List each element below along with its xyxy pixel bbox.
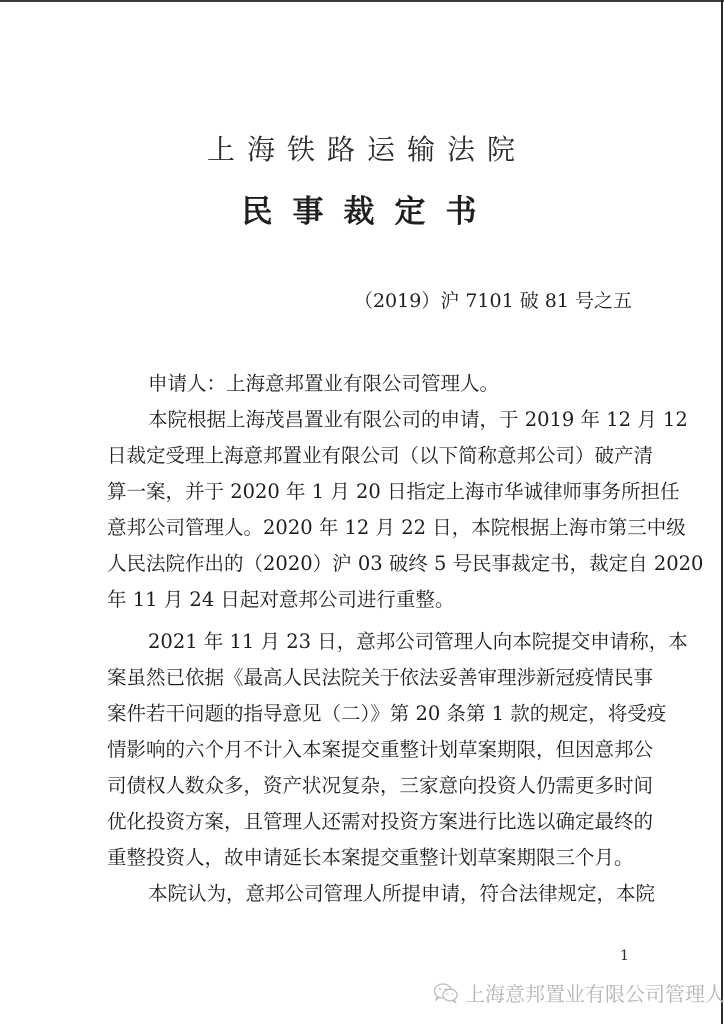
watermark: 上海意邦置业有限公司管理人 <box>433 978 724 1007</box>
text-line: 案件若干问题的指导意见（二）》第 20 条第 1 款的规定，将受疫 <box>107 696 627 732</box>
text-line: 算一案，并于 2020 年 1 月 20 日指定上海市华诚律师事务所担任 <box>107 474 627 510</box>
paragraph-application: 2021 年 11 月 23 日，意邦公司管理人向本院提交申请称，本 案虽然已依… <box>107 624 627 876</box>
text-line: 本院认为，意邦公司管理人所提申请，符合法律规定，本院 <box>107 876 627 912</box>
text-line: 申请人：上海意邦置业有限公司管理人。 <box>107 366 627 402</box>
text-line: 重整投资人，故申请延长本案提交重整计划草案期限三个月。 <box>107 840 627 876</box>
paragraph-court-opinion: 本院认为，意邦公司管理人所提申请，符合法律规定，本院 <box>107 876 627 912</box>
paragraph-background: 本院根据上海茂昌置业有限公司的申请，于 2019 年 12 月 12 日裁定受理… <box>107 402 627 618</box>
wechat-icon <box>433 982 459 1004</box>
text-line: 日裁定受理上海意邦置业有限公司（以下简称意邦公司）破产清 <box>107 438 627 474</box>
text-line: 情影响的六个月不计入本案提交重整计划草案期限，但因意邦公 <box>107 732 627 768</box>
text-line: 优化投资方案，且管理人还需对投资方案进行比选以确定最终的 <box>107 804 627 840</box>
paragraph-applicant: 申请人：上海意邦置业有限公司管理人。 <box>107 366 627 402</box>
document-title: 民事裁定书 <box>0 186 724 231</box>
watermark-text: 上海意邦置业有限公司管理人 <box>465 978 724 1007</box>
text-line: 司债权人数众多，资产状况复杂，三家意向投资人仍需更多时间 <box>107 768 627 804</box>
text-line: 案虽然已依据《最高人民法院关于依法妥善审理涉新冠疫情民事 <box>107 660 627 696</box>
document-body: 申请人：上海意邦置业有限公司管理人。 本院根据上海茂昌置业有限公司的申请，于 2… <box>107 366 627 912</box>
text-line: 意邦公司管理人。2020 年 12 月 22 日，本院根据上海市第三中级 <box>107 510 627 546</box>
court-name: 上海铁路运输法院 <box>0 128 724 168</box>
scan-top-edge <box>0 0 724 2</box>
page-number: 1 <box>620 948 629 964</box>
text-line: 本院根据上海茂昌置业有限公司的申请，于 2019 年 12 月 12 <box>107 402 627 438</box>
text-line: 人民法院作出的（2020）沪 03 破终 5 号民事裁定书，裁定自 2020 <box>107 546 627 582</box>
text-line: 年 11 月 24 日起对意邦公司进行重整。 <box>107 582 627 618</box>
text-line: 2021 年 11 月 23 日，意邦公司管理人向本院提交申请称，本 <box>107 624 627 660</box>
case-number: （2019）沪 7101 破 81 号之五 <box>354 286 632 313</box>
